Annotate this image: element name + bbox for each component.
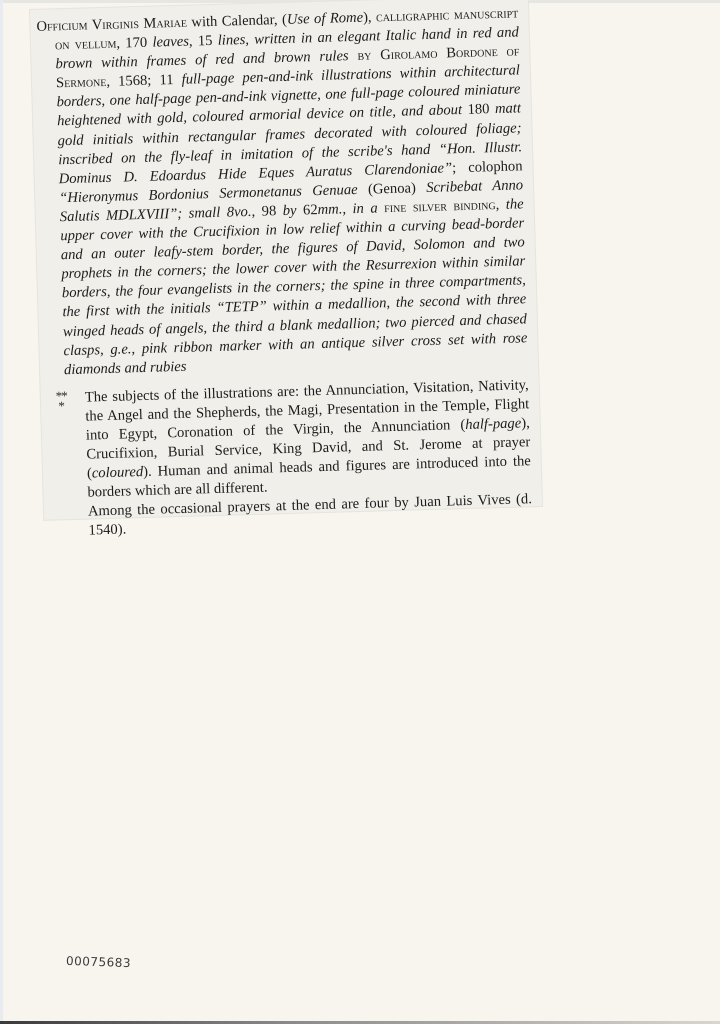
asterisk-marker-icon: ** * xyxy=(56,391,68,411)
dimensions-unit: mm., in a xyxy=(317,200,377,218)
leaves-label: leaves xyxy=(152,34,189,51)
page-left-edge xyxy=(0,0,3,1024)
handwritten-inventory-number: 00075683 xyxy=(66,954,132,970)
binding-type: fine silver binding xyxy=(377,197,495,216)
binding-description: , the upper cover with the Crucifixion i… xyxy=(60,196,527,378)
note-italic: half-page xyxy=(465,415,521,433)
text-segment: , 170 xyxy=(116,35,153,52)
text-segment: , 98 xyxy=(251,203,283,220)
text-segment: 62 xyxy=(296,202,318,219)
text-segment: by xyxy=(283,203,297,219)
catalogue-clipping: Officium Virginis Mariae with Calendar, … xyxy=(30,0,542,520)
note-italic: coloured xyxy=(92,464,144,481)
text-segment: , 1568; 11 xyxy=(106,72,182,90)
entry-title: Officium Virginis Mariae xyxy=(36,15,187,35)
note-text: The subjects of the illustrations are: t… xyxy=(85,377,530,444)
text-segment: , 15 xyxy=(189,33,218,50)
lot-description: Officium Virginis Mariae with Calendar, … xyxy=(36,4,528,380)
text-segment: ), xyxy=(363,9,376,25)
text-segment: (Genoa) xyxy=(357,180,426,198)
text-segment: 180 xyxy=(462,102,495,119)
use-of-rome: Use of Rome xyxy=(287,10,364,28)
catalogue-entry: Officium Virginis Mariae with Calendar, … xyxy=(36,4,532,542)
text-segment: ; colophon xyxy=(452,158,523,176)
text-segment: with Calendar, ( xyxy=(187,12,287,31)
illustrations-note: ** *The subjects of the illustrations ar… xyxy=(47,376,533,542)
